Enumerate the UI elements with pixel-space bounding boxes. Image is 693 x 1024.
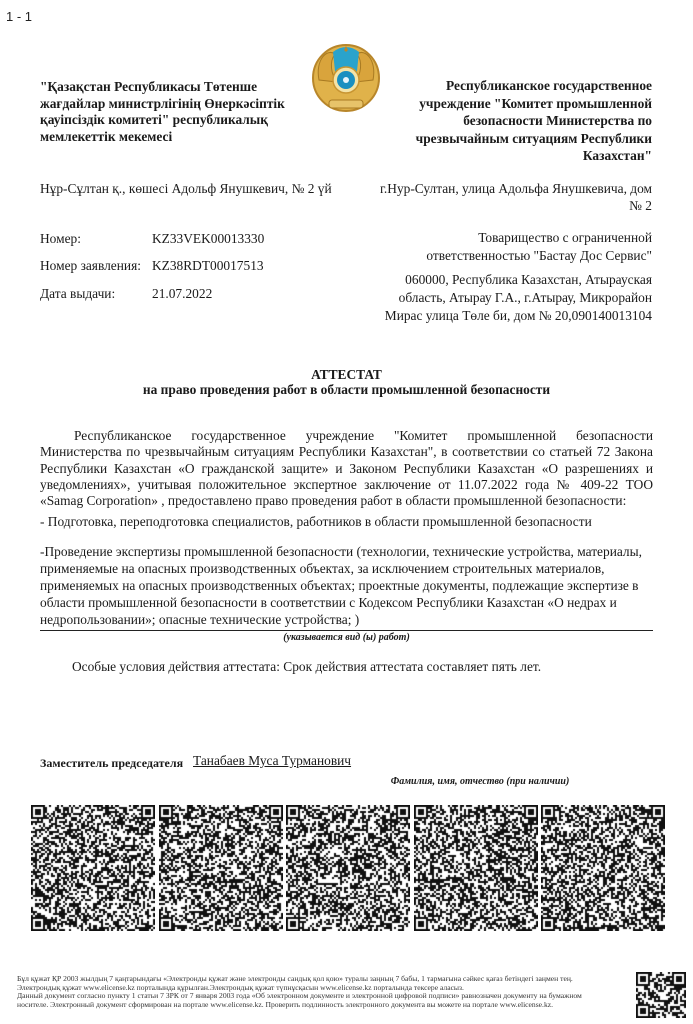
qr-code-icon <box>541 805 665 931</box>
signer-caption: Фамилия, имя, отчество (при наличии) <box>300 776 660 787</box>
meta-value: KZ33VEK00013330 <box>152 231 264 246</box>
verification-qr-code-icon[interactable] <box>636 972 686 1018</box>
document-body: Республиканское государственное учрежден… <box>40 428 653 509</box>
work-item: -Проведение экспертизы промышленной безо… <box>40 543 653 628</box>
issuer-address-kz: Нұр-Сұлтан қ., көшесі Адольф Янушкевич, … <box>40 180 340 197</box>
meta-label: Номер заявления: <box>40 258 152 274</box>
qr-code-icon <box>286 805 410 931</box>
meta-value: KZ38RDT00017513 <box>152 258 264 273</box>
meta-issue-date: Дата выдачи:21.07.2022 <box>40 286 212 302</box>
page-indicator: 1 - 1 <box>6 9 32 24</box>
qr-code-icon <box>414 805 538 931</box>
footer-line: носителе. Электронный документ сформиров… <box>17 1001 617 1010</box>
signature-qr-codes <box>31 805 665 931</box>
signer-role: Заместитель председателя <box>40 756 183 771</box>
meta-number: Номер:KZ33VEK00013330 <box>40 231 264 247</box>
recipient-name: Товарищество с ограниченной ответственно… <box>372 229 652 265</box>
issuer-name-ru: Республиканское государственное учрежден… <box>372 77 652 165</box>
works-caption: (указывается вид (ы) работ) <box>40 632 653 643</box>
recipient-address: 060000, Республика Казахстан, Атырауская… <box>372 271 652 325</box>
meta-label: Номер: <box>40 231 152 247</box>
qr-code-icon <box>159 805 283 931</box>
issuer-name-kz: "Қазақстан Республикасы Төтенше жағдайла… <box>40 79 320 145</box>
qr-code-icon <box>31 805 155 931</box>
special-conditions: Особые условия действия аттестата: Срок … <box>72 659 652 675</box>
issuer-address-ru: г.Нур-Султан, улица Адольфа Янушкевича, … <box>372 180 652 214</box>
document-title: АТТЕСТАТ <box>40 367 653 383</box>
meta-application-number: Номер заявления:KZ38RDT00017513 <box>40 258 264 274</box>
divider-line <box>40 630 653 631</box>
work-item: - Подготовка, переподготовка специалисто… <box>40 514 653 530</box>
document-subtitle: на право проведения работ в области пром… <box>40 382 653 398</box>
legal-footer: Бұл құжат ҚР 2003 жылдың 7 қаңтарындағы … <box>17 975 617 1010</box>
signer-name: Танабаев Муса Турманович <box>193 753 351 769</box>
meta-label: Дата выдачи: <box>40 286 152 302</box>
meta-value: 21.07.2022 <box>152 286 212 301</box>
